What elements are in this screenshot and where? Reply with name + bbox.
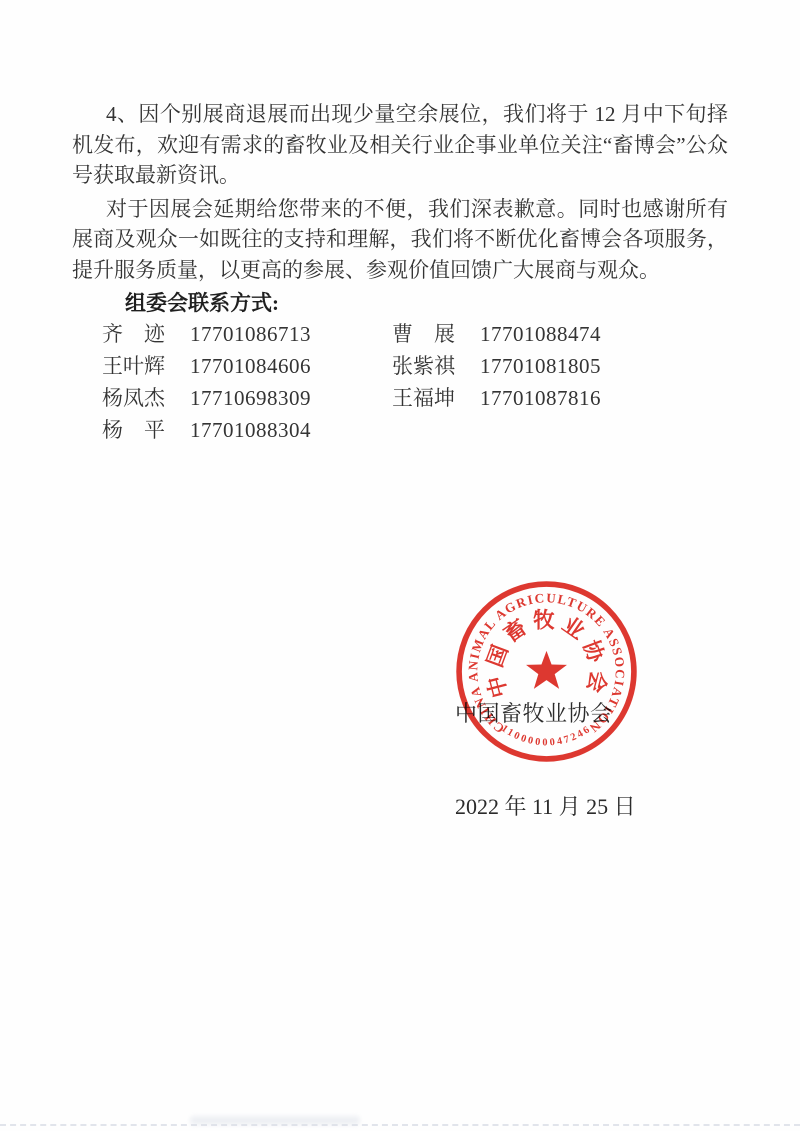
contact-pair: 王福坤 17701087816	[392, 382, 601, 414]
contact-name: 王叶辉	[102, 350, 178, 382]
contact-phone: 17701088474	[480, 318, 601, 350]
contact-name: 杨凤杰	[102, 382, 178, 414]
contacts-section: 组委会联系方式: 齐 迹 17701086713 曹 展 17701088474…	[102, 288, 728, 446]
contact-pair: 齐 迹 17701086713	[102, 318, 392, 350]
contact-name: 张紫祺	[392, 350, 468, 382]
contact-name: 王福坤	[392, 382, 468, 414]
signature-date: 2022 年 11 月 25 日	[455, 791, 636, 822]
contact-name: 杨 平	[102, 414, 178, 446]
document-body: 4、因个别展商退展而出现少量空余展位，我们将于 12 月中下旬择机发布，欢迎有需…	[0, 0, 800, 446]
contact-phone: 17701087816	[480, 382, 601, 414]
document-page: 4、因个别展商退展而出现少量空余展位，我们将于 12 月中下旬择机发布，欢迎有需…	[0, 0, 800, 1131]
svg-text:1100000047246: 1100000047246	[499, 723, 594, 748]
contact-phone: 17701084606	[190, 350, 311, 382]
official-seal-stamp: CHINA ANIMAL AGRICULTURE ASSOCIATION 中国畜…	[453, 578, 640, 765]
contact-pair: 王叶辉 17701084606	[102, 350, 392, 382]
seal-code: 1100000047246	[499, 723, 594, 748]
contact-pair: 杨凤杰 17710698309	[102, 382, 392, 414]
paragraph-apology: 对于因展会延期给您带来的不便，我们深表歉意。同时也感谢所有展商及观众一如既往的支…	[72, 194, 728, 286]
contact-name: 曹 展	[392, 318, 468, 350]
star-icon	[526, 651, 567, 689]
contact-phone: 17701088304	[190, 414, 311, 446]
contacts-heading: 组委会联系方式:	[125, 288, 728, 318]
contact-row: 齐 迹 17701086713 曹 展 17701088474	[102, 318, 728, 350]
contact-row: 杨 平 17701088304	[102, 414, 728, 446]
contact-pair: 杨 平 17701088304	[102, 414, 392, 446]
contact-pair: 曹 展 17701088474	[392, 318, 601, 350]
contact-pair	[392, 414, 480, 446]
contact-name	[392, 414, 468, 446]
contact-name: 齐 迹	[102, 318, 178, 350]
scan-bleed-line	[0, 1124, 800, 1126]
contact-row: 王叶辉 17701084606 张紫祺 17701081805	[102, 350, 728, 382]
contact-row: 杨凤杰 17710698309 王福坤 17701087816	[102, 382, 728, 414]
contact-phone: 17701081805	[480, 350, 601, 382]
contact-phone: 17701086713	[190, 318, 311, 350]
paragraph-vacant-booths: 4、因个别展商退展而出现少量空余展位，我们将于 12 月中下旬择机发布，欢迎有需…	[72, 99, 728, 191]
contact-phone: 17710698309	[190, 382, 311, 414]
contact-pair: 张紫祺 17701081805	[392, 350, 601, 382]
